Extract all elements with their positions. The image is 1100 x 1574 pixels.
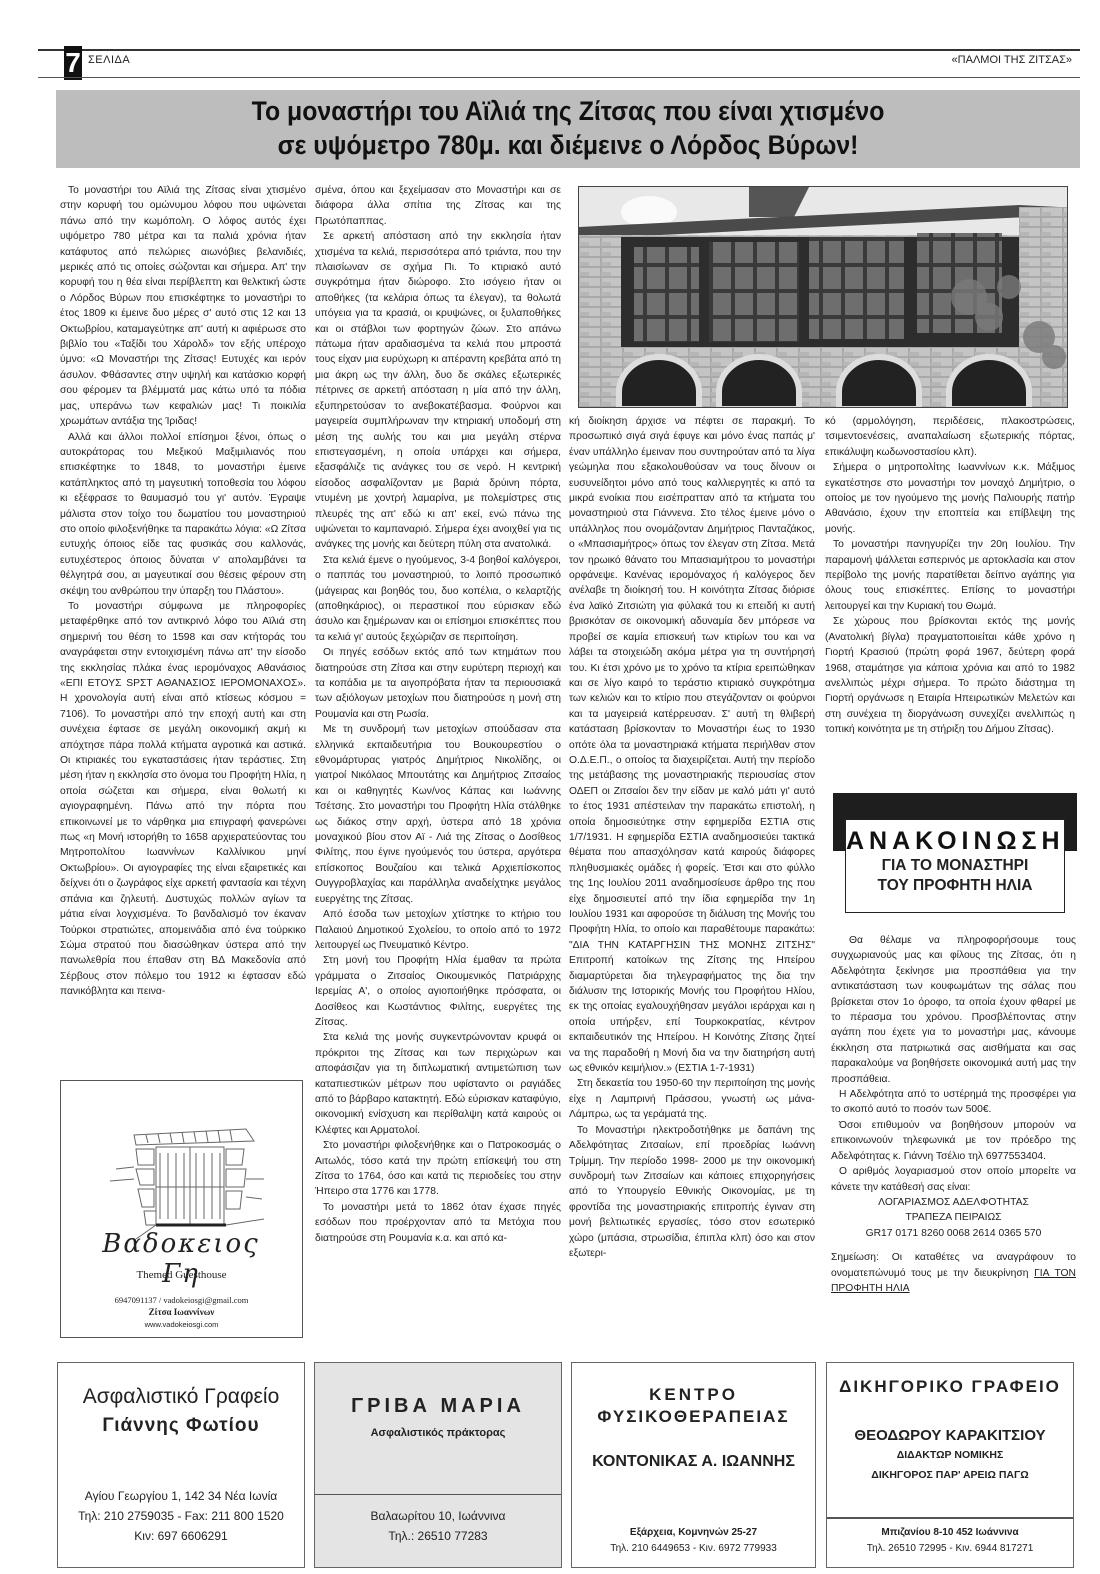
ad-role-1: ΔΙΔΑΚΤΩΡ ΝΟΜΙΚΗΣ — [827, 1449, 1073, 1461]
ad-phone: Τηλ.: 26510 77283 — [315, 1529, 561, 1543]
paragraph: Σε χώρους που βρίσκονται εκτός της μονής… — [825, 614, 1075, 737]
paragraph: Οι πηγές εσόδων εκτός από των κτημάτων π… — [315, 645, 561, 722]
ad-address: Μπιζανίου 8-10 452 Ιωάννινα — [827, 1527, 1073, 1538]
ad-title-2: ΦΥΣΙΚΟΘΕΡΑΠΕΙΑΣ — [572, 1407, 815, 1427]
paragraph: Στη δεκαετία του 1950-60 την περιποίηση … — [569, 1076, 815, 1122]
paragraph: Στο μοναστήρι φιλοξενήθηκε και ο Πατροκο… — [315, 1138, 561, 1200]
paragraph: Το μοναστήρι του Αϊλιά της Ζίτσας είναι … — [60, 183, 306, 430]
guesthouse-town: Ζίτσα Ιωαννίνων — [61, 1307, 302, 1317]
ad-divider — [315, 1494, 561, 1495]
paragraph: σμένα, όπου και ξεχείμασαν στο Μοναστήρι… — [315, 183, 561, 229]
guesthouse-ad: Βαδοκειος Γη Themed Guesthouse 694709113… — [60, 1080, 303, 1338]
ad-name: ΘΕΟΔΩΡΟΥ ΚΑΡΑΚΙΤΣΙΟΥ — [827, 1427, 1073, 1444]
article-column-1: Το μοναστήρι του Αϊλιά της Ζίτσας είναι … — [60, 183, 306, 1000]
paragraph: Σε αρκετή απόσταση από την εκκλησία ήταν… — [315, 229, 561, 553]
paragraph: Στη μονή του Προφήτη Ηλία έμαθαν τα πρώτ… — [315, 953, 561, 1030]
page-number: 7 — [64, 46, 82, 80]
paragraph: Ο αριθμός λογαριασμού στον οποίο μπορείτ… — [831, 1164, 1076, 1195]
paragraph: Το μοναστήρι σύμφωνα με πληροφορίες μετα… — [60, 599, 306, 1000]
ad-role: Ασφαλιστικός πράκτορας — [315, 1427, 561, 1439]
ad-title: ΔΙΚΗΓΟΡΙΚΟ ΓΡΑΦΕΙΟ — [827, 1377, 1073, 1397]
paragraph: Η Αδελφότητα από το υστέρημά της προσφέρ… — [831, 1087, 1076, 1118]
paragraph: Με τη συνδρομή των μετοχίων σπούδασαν στ… — [315, 722, 561, 907]
announcement-subtitle-1: ΓΙΑ ΤΟ ΜΟΝΑΣΤΗΡΙ — [846, 856, 1064, 876]
bank-name: ΤΡΑΠΕΖΑ ΠΕΙΡΑΙΩΣ — [831, 1210, 1076, 1225]
ad-role-2: ΔΙΚΗΓΟΡΟΣ ΠΑΡ' ΑΡΕΙΩ ΠΑΓΩ — [827, 1469, 1073, 1481]
header-rule-bottom — [38, 77, 1080, 78]
article-column-4: κό (αρμολόγηση, περιδέσεις, πλακοστρώσει… — [825, 414, 1075, 738]
guesthouse-subtitle: Themed Guesthouse — [61, 1269, 302, 1281]
paragraph: Όσοι επιθυμούν να βοηθήσουν μπορούν να ε… — [831, 1118, 1076, 1164]
ad-law-office: ΔΙΚΗΓΟΡΙΚΟ ΓΡΑΦΕΙΟ ΘΕΟΔΩΡΟΥ ΚΑΡΑΚΙΤΣΙΟΥ … — [826, 1362, 1074, 1568]
paragraph: Αλλά και άλλοι πολλοί επίσημοι ξένοι, όπ… — [60, 430, 306, 599]
paragraph: Σήμερα ο μητροπολίτης Ιωαννίνων κ.κ. Μάξ… — [825, 460, 1075, 537]
section-label: ΣΕΛΙΔΑ — [88, 54, 130, 66]
article-column-2: σμένα, όπου και ξεχείμασαν στο Μοναστήρι… — [315, 183, 561, 1246]
article-column-3: κή διοίκηση άρχισε να πέφτει σε παρακμή.… — [569, 414, 815, 1261]
ad-address: Αγίου Γεωργίου 1, 142 34 Νέα Ιωνία — [58, 1489, 304, 1503]
announcement-title-box: ΑΝΑΚΟΙΝΩΣΗ ΓΙΑ ΤΟ ΜΟΝΑΣΤΗΡΙ ΤΟΥ ΠΡΟΦΗΤΗ … — [845, 819, 1065, 913]
announcement-body: Θα θέλαμε να πληροφορήσουμε τους συγχωρι… — [831, 933, 1076, 1296]
ad-physiotherapy: ΚΕΝΤΡΟ ΦΥΣΙΚΟΘΕΡΑΠΕΙΑΣ ΚΟΝΤΟΝΙΚΑΣ Α. ΙΩΑ… — [571, 1362, 816, 1568]
ad-mobile: Κιν: 697 6606291 — [58, 1529, 304, 1543]
paragraph: κή διοίκηση άρχισε να πέφτει σε παρακμή.… — [569, 414, 815, 1076]
headline-banner: Το μοναστήρι του Αϊλιά της Ζίτσας που εί… — [56, 90, 1080, 168]
paragraph: Το μοναστήρι μετά το 1862 όταν έχασε πηγ… — [315, 1200, 561, 1246]
paragraph: Θα θέλαμε να πληροφορήσουμε τους συγχωρι… — [831, 933, 1076, 1087]
deposit-note: Σημείωση: Οι καταθέτες να αναγράφουν το … — [831, 1250, 1076, 1296]
ad-divider — [827, 1517, 1073, 1519]
announcement-box: ΑΝΑΚΟΙΝΩΣΗ ΓΙΑ ΤΟ ΜΟΝΑΣΤΗΡΙ ΤΟΥ ΠΡΟΦΗΤΗ … — [833, 793, 1077, 875]
ad-name: ΚΟΝΤΟΝΙΚΑΣ Α. ΙΩΑΝΝΗΣ — [572, 1453, 815, 1471]
paragraph: Στα κελιά έμενε ο ηγούμενος, 3-4 βοηθοί … — [315, 553, 561, 645]
paragraph: Το Μοναστήρι ηλεκτροδοτήθηκε με δαπάνη τ… — [569, 1123, 815, 1262]
ad-name: Γιάννης Φωτίου — [58, 1415, 304, 1437]
monastery-building-image — [579, 187, 1068, 408]
ad-title: Ασφαλιστικό Γραφείο — [58, 1385, 304, 1409]
newspaper-name: «ΠΑΛΜΟΙ ΤΗΣ ΖΙΤΣΑΣ» — [952, 54, 1072, 66]
iban: GR17 0171 8260 0068 2614 0365 570 — [831, 1226, 1076, 1241]
guesthouse-website: www.vadokeiosgi.com — [61, 1320, 302, 1329]
ad-phone: Τηλ. 210 6449653 - Κιν. 6972 779933 — [572, 1543, 815, 1554]
announcement-title: ΑΝΑΚΟΙΝΩΣΗ — [846, 826, 1064, 856]
ad-insurance-fotiou: Ασφαλιστικό Γραφείο Γιάννης Φωτίου Αγίου… — [57, 1362, 305, 1568]
ad-phone: Τηλ: 210 2759035 - Fax: 211 800 1520 — [58, 1509, 304, 1523]
door-sketch-icon — [96, 1099, 266, 1239]
ad-phone: Τηλ. 26510 72995 - Κιν. 6944 817271 — [827, 1543, 1073, 1554]
announcement-subtitle-2: ΤΟΥ ΠΡΟΦΗΤΗ ΗΛΙΑ — [846, 876, 1064, 896]
ad-name: ΓΡΙΒΑ ΜΑΡΙΑ — [315, 1395, 561, 1418]
ad-griva-maria: ΓΡΙΒΑ ΜΑΡΙΑ Ασφαλιστικός πράκτορας Βαλαω… — [314, 1362, 562, 1568]
headline-line-2: σε υψόμετρο 780μ. και διέμεινε ο Λόρδος … — [97, 128, 1039, 162]
ad-address: Εξάρχεια, Κομνηνών 25-27 — [572, 1527, 815, 1538]
guesthouse-contact: 6947091137 / vadokeiosgi@gmail.com — [61, 1295, 302, 1305]
paragraph: Από έσοδα των μετοχίων χτίστηκε το κτήρι… — [315, 907, 561, 953]
ad-address: Βαλαωρίτου 10, Ιωάννινα — [315, 1509, 561, 1523]
page-header: 7 ΣΕΛΙΔΑ «ΠΑΛΜΟΙ ΤΗΣ ΖΙΤΣΑΣ» — [28, 40, 1080, 78]
account-name: ΛΟΓΑΡΙΑΣΜΟΣ ΑΔΕΛΦΟΤΗΤΑΣ — [831, 1195, 1076, 1210]
headline-line-1: Το μοναστήρι του Αϊλιά της Ζίτσας που εί… — [97, 94, 1039, 128]
paragraph: κό (αρμολόγηση, περιδέσεις, πλακοστρώσει… — [825, 414, 1075, 460]
paragraph: Το μοναστήρι πανηγυρίζει την 20η Ιουλίου… — [825, 537, 1075, 614]
header-rule-top — [38, 49, 1080, 51]
ad-title-1: ΚΕΝΤΡΟ — [572, 1385, 815, 1405]
paragraph: Στα κελιά της μονής συγκεντρώνονταν κρυφ… — [315, 1030, 561, 1138]
monastery-photo — [578, 186, 1068, 408]
